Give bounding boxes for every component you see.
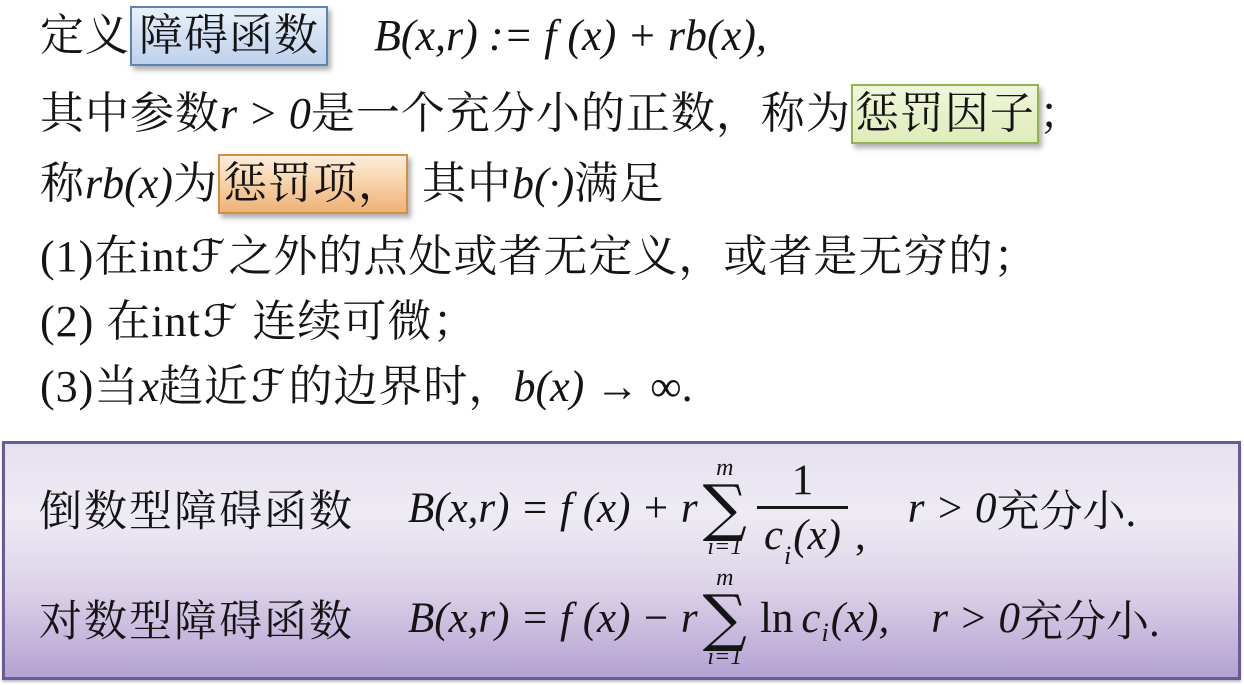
x-variable: x bbox=[139, 362, 159, 411]
sum-lower-limit: i=1 bbox=[707, 645, 742, 670]
sum-lower-limit: i=1 bbox=[707, 535, 742, 560]
script-f-symbol: ℱ bbox=[201, 296, 241, 347]
logarithmic-barrier-label: 对数型障碍函数 bbox=[39, 588, 354, 649]
logarithmic-suffix-text: 充分小. bbox=[1020, 588, 1160, 649]
script-f-symbol: ℱ bbox=[189, 231, 229, 282]
constraint-variable: c bbox=[764, 512, 783, 559]
penalty-text-1: 称 bbox=[40, 159, 85, 208]
constraint-args: (x) bbox=[793, 512, 841, 559]
cond1-text-2: 之外的点处或者无定义，或者是无穷的； bbox=[228, 232, 1038, 281]
penalty-text-2: 为 bbox=[173, 159, 218, 208]
penalty-term-math: rb(x) bbox=[85, 159, 173, 208]
cond2-text-2: 连续可微； bbox=[240, 297, 477, 346]
b-dot-math: b(·) bbox=[512, 159, 574, 208]
barrier-function-formula: B(x,r) := f (x) + rb(x), bbox=[374, 11, 767, 60]
parameter-text-2: 是一个充分小的正数，称为 bbox=[311, 89, 851, 138]
cond3-text-3: 的边界时， bbox=[288, 362, 513, 411]
barrier-function-types-panel: 倒数型障碍函数 B(x,r) = f (x) + r m ∑ i=1 1 ci(… bbox=[2, 441, 1241, 680]
limit-arrow-infinity: → ∞. bbox=[584, 362, 692, 411]
penalty-text-4: 满足 bbox=[574, 159, 664, 208]
definition-prefix: 定义 bbox=[40, 11, 130, 60]
line-definition: 定义障碍函数B(x,r) := f (x) + rb(x), bbox=[40, 4, 767, 68]
penalty-text-3: 其中 bbox=[422, 159, 512, 208]
reciprocal-barrier-row: 倒数型障碍函数 B(x,r) = f (x) + r m ∑ i=1 1 ci(… bbox=[39, 450, 1136, 566]
cond1-text-1: (1)在int bbox=[40, 232, 189, 281]
logarithmic-r-condition: r > 0 bbox=[931, 594, 1020, 643]
logarithmic-formula-head: B(x,r) = f (x) − r bbox=[408, 594, 698, 643]
constraint-args: (x), bbox=[831, 594, 889, 643]
line-penalty-term: 称rb(x)为惩罚项，其中b(·)满足 bbox=[40, 152, 664, 216]
ln-operator: ln bbox=[760, 594, 793, 643]
line-condition-1: (1)在intℱ之外的点处或者无定义，或者是无穷的； bbox=[40, 225, 1038, 289]
reciprocal-barrier-label: 倒数型障碍函数 bbox=[39, 478, 354, 539]
sigma-icon: ∑ bbox=[703, 481, 747, 536]
reciprocal-suffix-text: 充分小. bbox=[997, 478, 1137, 539]
highlight-penalty-factor: 惩罚因子 bbox=[851, 84, 1039, 144]
constraint-index: i bbox=[821, 618, 828, 648]
fraction-denominator: ci(x) bbox=[757, 506, 848, 558]
summation-symbol: m ∑ i=1 bbox=[703, 566, 747, 671]
summation-symbol: m ∑ i=1 bbox=[703, 456, 747, 561]
constraint-variable: c bbox=[801, 594, 820, 643]
reciprocal-fraction: 1 ci(x) bbox=[757, 458, 848, 558]
sigma-icon: ∑ bbox=[703, 591, 747, 646]
fraction-numerator: 1 bbox=[788, 458, 818, 506]
line-penalty-factor: 其中参数r > 0是一个充分小的正数，称为惩罚因子； bbox=[40, 82, 1084, 146]
script-f-symbol: ℱ bbox=[249, 361, 289, 412]
cond3-text-2: 趋近 bbox=[159, 362, 249, 411]
parameter-text-1: 其中参数 bbox=[40, 89, 220, 138]
b-x-math: b(x) bbox=[513, 362, 584, 411]
slide-barrier-function: 定义障碍函数B(x,r) := f (x) + rb(x), 其中参数r > 0… bbox=[0, 0, 1244, 685]
line-condition-2: (2) 在intℱ 连续可微； bbox=[40, 290, 477, 354]
reciprocal-r-condition: r > 0 bbox=[908, 484, 997, 533]
parameter-condition: r > 0 bbox=[220, 89, 311, 138]
cond3-text-1: (3)当 bbox=[40, 362, 139, 411]
logarithmic-barrier-row: 对数型障碍函数 B(x,r) = f (x) − r m ∑ i=1 ln ci… bbox=[39, 566, 1160, 670]
cond2-text-1: (2) 在int bbox=[40, 297, 201, 346]
line-condition-3: (3)当x趋近ℱ的边界时，b(x) → ∞. bbox=[40, 355, 693, 419]
formula-comma: , bbox=[855, 511, 866, 560]
highlight-barrier-function: 障碍函数 bbox=[130, 6, 328, 66]
parameter-text-3: ； bbox=[1039, 89, 1084, 138]
reciprocal-formula-head: B(x,r) = f (x) + r bbox=[408, 484, 698, 533]
highlight-penalty-term: 惩罚项， bbox=[218, 154, 408, 214]
